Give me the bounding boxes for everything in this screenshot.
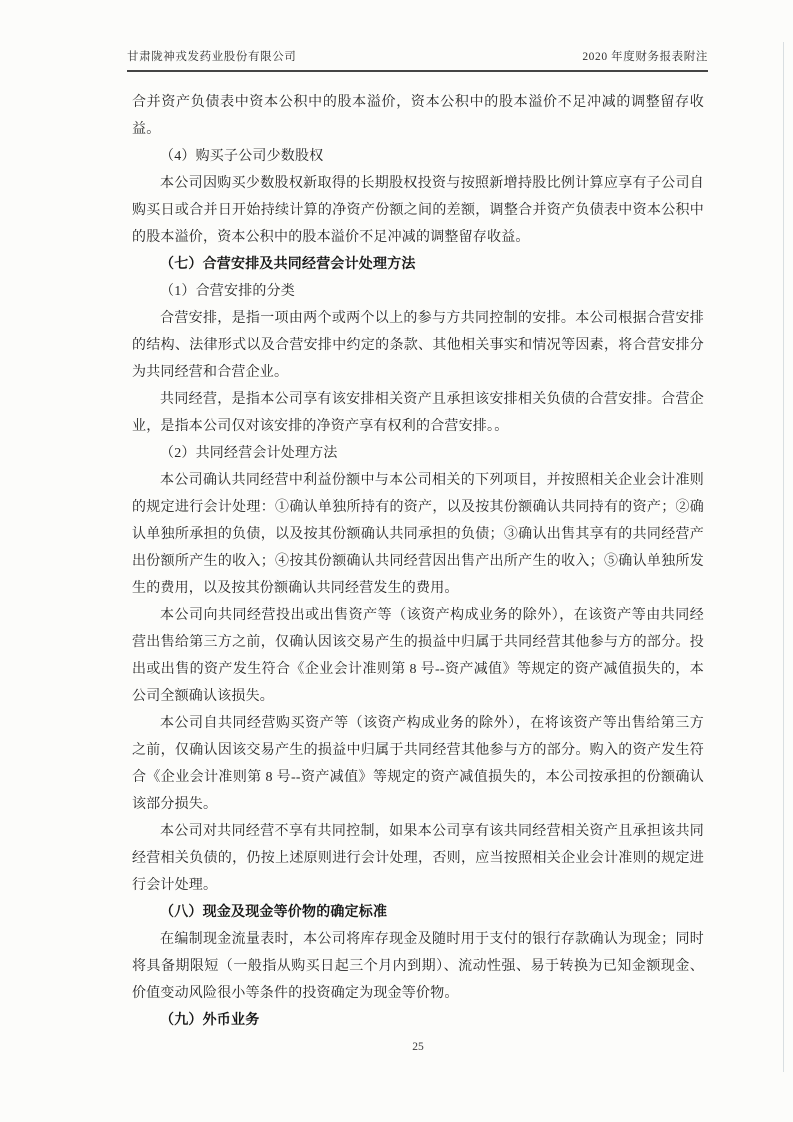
paragraph-continuation: 合并资产负债表中资本公积中的股本溢价，资本公积中的股本溢价不足冲减的调整留存收益…: [132, 89, 704, 143]
subheading-1: （1）合营安排的分类: [132, 278, 704, 305]
document-page: 甘肃陇神戎发药业股份有限公司 2020 年度财务报表附注 合并资产负债表中资本公…: [0, 0, 793, 1122]
section-heading-8: （八）现金及现金等价物的确定标准: [132, 899, 704, 926]
paragraph: 合营安排，是指一项由两个或两个以上的参与方共同控制的安排。本公司根据合营安排的结…: [132, 305, 704, 386]
paragraph: 本公司因购买少数股权新取得的长期股权投资与按照新增持股比例计算应享有子公司自购买…: [132, 170, 704, 251]
paragraph: 本公司对共同经营不享有共同控制，如果本公司享有该共同经营相关资产且承担该共同经营…: [132, 818, 704, 899]
paragraph: 共同经营，是指本公司享有该安排相关资产且承担该安排相关负债的合营安排。合营企业，…: [132, 386, 704, 440]
header-company-name: 甘肃陇神戎发药业股份有限公司: [127, 48, 296, 64]
page-footer: 25: [132, 1041, 704, 1053]
paragraph: 本公司向共同经营投出或出售资产等（该资产构成业务的除外），在该资产等由共同经营出…: [132, 602, 704, 710]
subheading-4: （4）购买子公司少数股权: [132, 143, 704, 170]
page-number: 25: [412, 1041, 424, 1053]
subheading-2: （2）共同经营会计处理方法: [132, 440, 704, 467]
section-heading-9: （九）外币业务: [132, 1007, 704, 1034]
paragraph: 本公司自共同经营购买资产等（该资产构成业务的除外），在将该资产等出售给第三方之前…: [132, 710, 704, 818]
section-heading-7: （七）合营安排及共同经营会计处理方法: [132, 251, 704, 278]
header-report-title: 2020 年度财务报表附注: [582, 48, 708, 64]
document-body: 合并资产负债表中资本公积中的股本溢价，资本公积中的股本溢价不足冲减的调整留存收益…: [132, 89, 704, 1034]
paragraph: 在编制现金流量表时，本公司将库存现金及随时用于支付的银行存款确认为现金；同时将具…: [132, 926, 704, 1007]
page-header: 甘肃陇神戎发药业股份有限公司 2020 年度财务报表附注: [127, 48, 708, 72]
scan-edge-artifact: [783, 42, 784, 1072]
paragraph: 本公司确认共同经营中利益份额中与本公司相关的下列项目，并按照相关企业会计准则的规…: [132, 467, 704, 602]
